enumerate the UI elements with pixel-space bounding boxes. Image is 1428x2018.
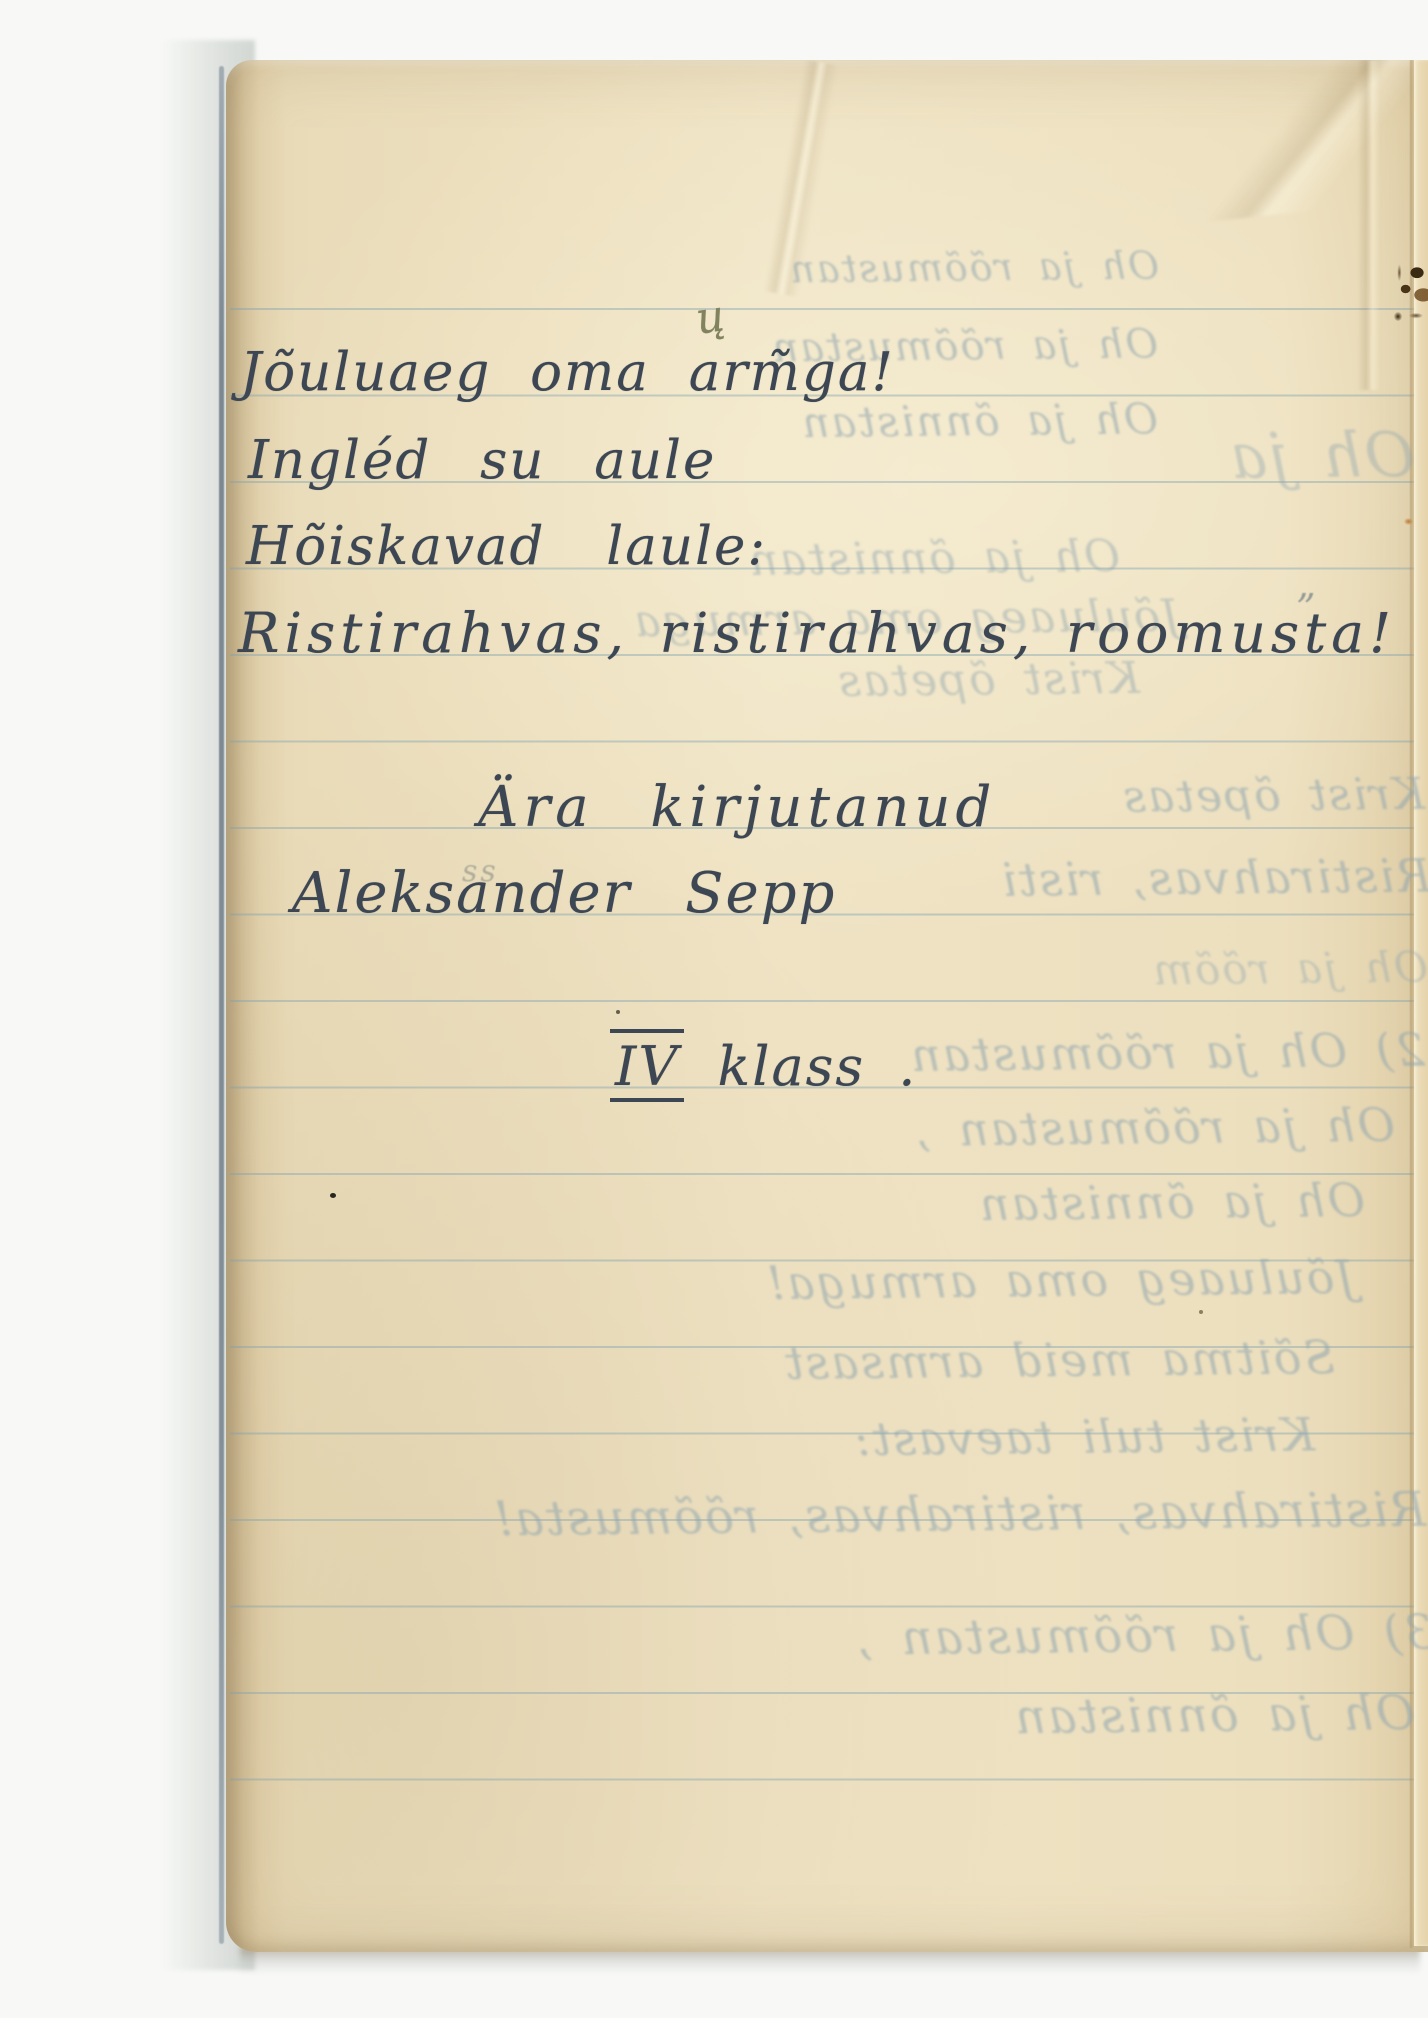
poem-line-2: Ingléd su aule xyxy=(248,434,716,487)
bleedthrough-line: Oh ja rõõmustan xyxy=(869,246,1159,287)
paper-crease-top-right xyxy=(1178,60,1428,223)
poem-line-1: Jõuluaeg oma arm̃ga! xyxy=(240,346,895,399)
stray-diaeresis-mark: ” xyxy=(1296,586,1315,630)
underlying-page-sliver xyxy=(1414,60,1428,1946)
ink-speck xyxy=(1394,312,1402,321)
ink-speck xyxy=(330,1193,336,1198)
notebook-page: Oh ja rõõmustan Oh ja rõõmustan Oh ja õn… xyxy=(226,60,1428,1952)
attribution-line-1: Ära kirjutanud xyxy=(478,780,996,836)
paper-crease-top-center xyxy=(722,60,871,303)
class-line: IV klass . xyxy=(610,1040,917,1094)
class-numeral: IV xyxy=(610,1029,684,1102)
attribution-line-2: Aleksander Sepp xyxy=(292,866,836,922)
poem-line-3: Hõiskavad laule: xyxy=(246,520,767,573)
notebook-spine-edge xyxy=(219,66,224,1944)
insertion-letter: ų xyxy=(693,290,728,344)
ink-speck xyxy=(1199,1310,1203,1314)
scanned-notebook-photo: { "poem": { "lines": [ "Jõuluaeg oma arm… xyxy=(0,0,1428,2018)
poem-line-4: Ristirahvas, ristirahvas, roomusta! xyxy=(238,606,1396,661)
rust-speck xyxy=(1404,518,1413,525)
class-label: klass . xyxy=(684,1035,917,1098)
ink-speck xyxy=(616,1010,620,1014)
